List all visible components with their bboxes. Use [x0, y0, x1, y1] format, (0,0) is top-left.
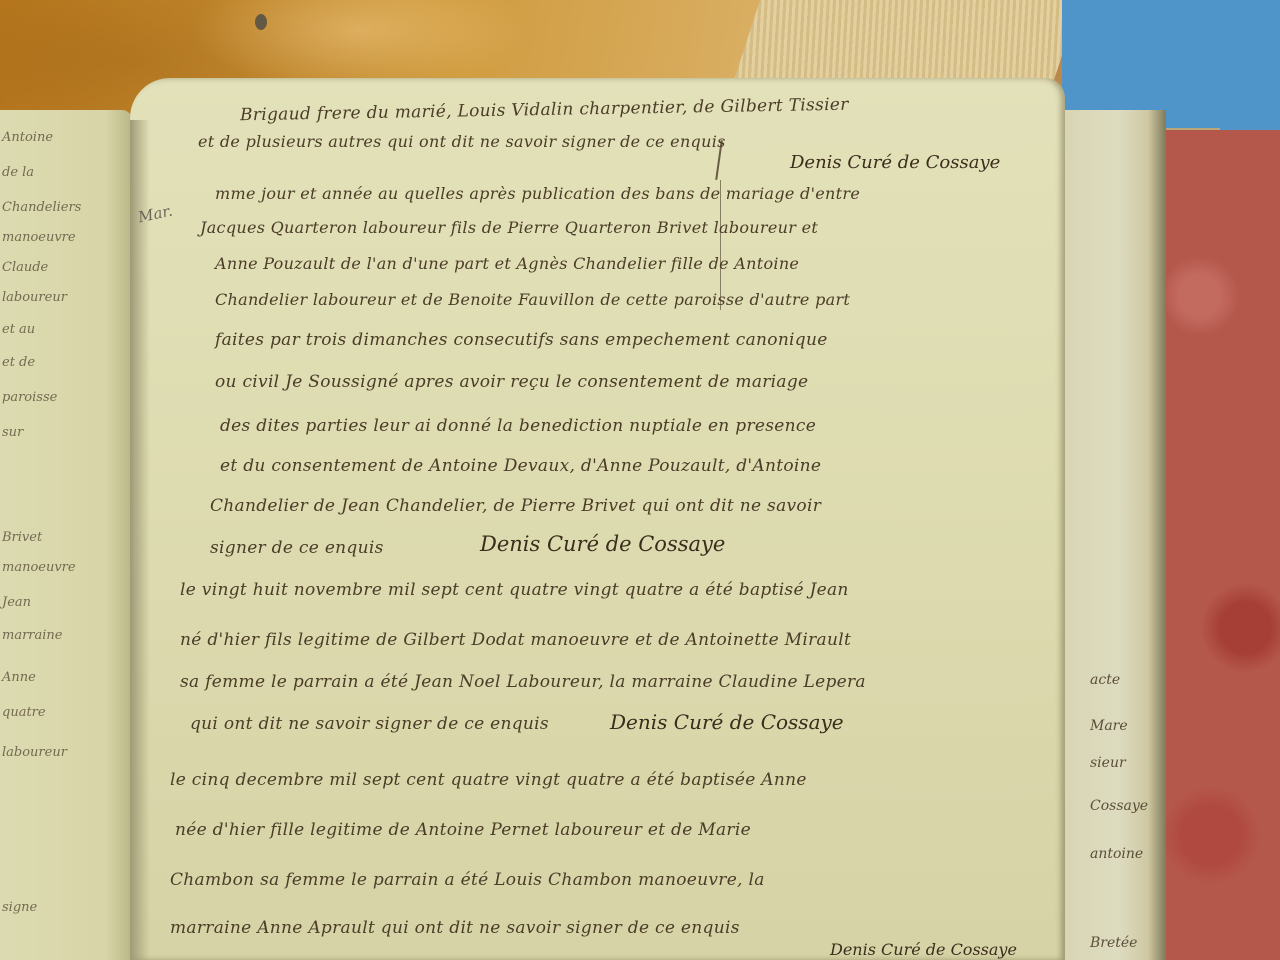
left-fragment: laboureur: [2, 745, 67, 760]
left-fragment: Chandeliers: [2, 200, 81, 215]
left-fragment: paroisse: [2, 390, 57, 405]
stack-fragment: acte: [1090, 672, 1120, 688]
left-fragment: laboureur: [2, 290, 67, 305]
priest-signature: Denis Curé de Cossaye: [480, 532, 725, 556]
register-line: signer de ce enquis: [210, 538, 384, 558]
priest-signature: Denis Curé de Cossaye: [790, 152, 1000, 173]
left-fragment: Anne: [2, 670, 36, 685]
left-fragment: quatre: [2, 705, 46, 720]
left-fragment: et au: [2, 322, 35, 337]
book-gutter: [130, 120, 150, 960]
register-line: né d'hier fils legitime de Gilbert Dodat…: [180, 630, 851, 650]
register-line: Jacques Quarteron laboureur fils de Pier…: [200, 218, 818, 237]
stack-fragment: Bretée: [1090, 935, 1137, 951]
register-line: et du consentement de Antoine Devaux, d'…: [220, 456, 821, 476]
left-fragment: signe: [2, 900, 37, 915]
left-page: Antoine de la Chandeliers manoeuvre Clau…: [0, 110, 132, 960]
register-line: sa femme le parrain a été Jean Noel Labo…: [180, 672, 866, 692]
left-fragment: Jean: [2, 595, 31, 610]
left-fragment: marraine: [2, 628, 62, 643]
left-fragment: sur: [2, 425, 23, 440]
left-fragment: Brivet: [2, 530, 42, 545]
register-line: Chandelier laboureur et de Benoite Fauvi…: [215, 290, 850, 309]
register-line: ou civil Je Soussigné apres avoir reçu l…: [215, 372, 808, 392]
register-line: des dites parties leur ai donné la bened…: [220, 416, 816, 436]
left-fragment: manoeuvre: [2, 560, 76, 575]
register-line: marraine Anne Aprault qui ont dit ne sav…: [170, 918, 740, 938]
register-line: Anne Pouzault de l'an d'une part et Agnè…: [215, 254, 799, 273]
register-line: mme jour et année au quelles après publi…: [215, 184, 860, 203]
register-line: Chandelier de Jean Chandelier, de Pierre…: [210, 496, 821, 516]
register-line: faites par trois dimanches consecutifs s…: [215, 330, 828, 350]
left-fragment: et de: [2, 355, 35, 370]
stack-fragment: sieur: [1090, 755, 1126, 771]
register-line: le cinq decembre mil sept cent quatre vi…: [170, 770, 807, 790]
left-fragment: de la: [2, 165, 34, 180]
stack-fragment: Mare: [1090, 718, 1128, 734]
register-line: et de plusieurs autres qui ont dit ne sa…: [198, 132, 726, 151]
register-line: Chambon sa femme le parrain a été Louis …: [170, 870, 765, 890]
register-line: le vingt huit novembre mil sept cent qua…: [180, 580, 849, 600]
stack-fragment: Cossaye: [1090, 798, 1148, 814]
priest-signature: Denis Curé de Cossaye: [610, 710, 844, 734]
stack-fragment: antoine: [1090, 846, 1143, 862]
left-fragment: manoeuvre: [2, 230, 76, 245]
register-line: qui ont dit ne savoir signer de ce enqui…: [190, 714, 549, 734]
left-fragment: Claude: [2, 260, 48, 275]
wood-knot: [255, 14, 267, 30]
register-line: née d'hier fille legitime de Antoine Per…: [175, 820, 751, 840]
red-marbled-cover: [1165, 130, 1280, 960]
priest-signature: Denis Curé de Cossaye: [830, 940, 1017, 959]
left-fragment: Antoine: [2, 130, 53, 145]
